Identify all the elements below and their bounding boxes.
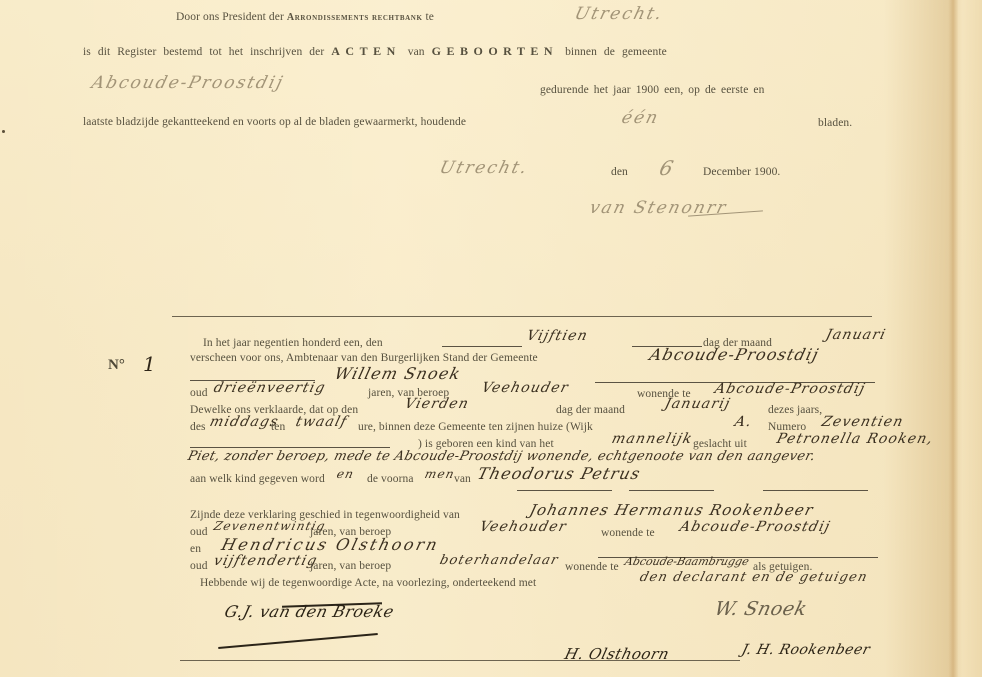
handwritten-sex: mannelijk — [610, 431, 695, 447]
section-divider-bottom — [180, 660, 740, 661]
handwritten-date-place: Utrecht. — [438, 158, 531, 178]
act-line1-prefix: In het jaar negentien honderd een, den — [203, 337, 383, 349]
margin-mark — [2, 130, 5, 133]
act-line6-mid: ure, binnen deze Gemeente ten zijnen hui… — [358, 421, 593, 433]
header-line-3: gedurende het jaar 1900 een, op de eerst… — [540, 84, 764, 96]
handwritten-date-day: 6 — [657, 156, 678, 180]
declarant-signature: W. Snoek — [712, 598, 809, 620]
handwritten-hour: twaalf — [294, 414, 349, 430]
header-line2-prefix: is dit Register bestemd tot het inschrij… — [83, 46, 324, 58]
witness1-signature: J. H. Rookenbeer — [740, 642, 872, 658]
witness1-wonende: wonende te — [601, 527, 655, 539]
handwritten-court-place: Utrecht. — [573, 4, 666, 24]
act-line6-ten: ten — [271, 421, 285, 433]
fill-line — [763, 490, 868, 491]
header-line1-prefix: Door ons President der — [176, 11, 284, 23]
act-line9-van: van — [454, 473, 471, 485]
witness2-mid: jaren, van beroep — [310, 560, 391, 572]
act-line4-oud: oud — [190, 387, 208, 399]
fill-line — [629, 490, 714, 491]
handwritten-mother: Petronella Rooken, — [775, 431, 935, 447]
handwritten-day: Vijftien — [525, 328, 590, 344]
act-number-value: 1 — [143, 352, 156, 376]
act-line5-suffix: dezes jaars, — [768, 404, 822, 416]
handwritten-men: men — [423, 467, 456, 481]
handwritten-witness2-name: Hendricus Olsthoorn — [220, 535, 442, 554]
page-fold-shadow — [948, 0, 958, 677]
acten-label: ACTEN — [331, 44, 401, 58]
act-line2-prefix: verscheen voor ons, Ambtenaar van den Bu… — [190, 352, 538, 364]
fill-line — [517, 490, 612, 491]
handwritten-witness2-occupation: boterhandelaar — [438, 553, 560, 568]
handwritten-residence: Abcoude-Proostdij — [713, 381, 867, 397]
handwritten-leaf-count: één — [620, 108, 662, 128]
act-line9-prefix: aan welk kind gegeven word — [190, 473, 325, 485]
signature-underline — [218, 633, 378, 649]
handwritten-witness1-residence: Abcoude-Proostdij — [678, 519, 832, 535]
header-line1-to: te — [425, 11, 434, 23]
handwritten-month: Januari — [824, 327, 888, 343]
handwritten-mother-details: Piet, zonder beroep, mede te Abcoude-Pro… — [186, 449, 817, 464]
act-line6-des: des — [190, 421, 206, 433]
header-line2-van: van — [408, 46, 425, 58]
witness2-oud: oud — [190, 560, 208, 572]
header-line4-suffix: bladen. — [818, 117, 852, 129]
witness2-en: en — [190, 543, 201, 555]
fill-line — [442, 346, 522, 347]
witness1-oud: oud — [190, 526, 208, 538]
handwritten-time-of-day: middags — [208, 414, 281, 430]
handwritten-child-names: Theodorus Petrus — [476, 464, 643, 483]
handwritten-declarant: Willem Snoek — [333, 364, 463, 383]
birth-register-page: Door ons President der Arrondissements r… — [0, 0, 982, 677]
handwritten-wijk: A. — [733, 414, 754, 430]
handwritten-declarant-age: drieënveertig — [212, 380, 328, 396]
handwritten-municipality: Abcoude-Proostdij — [90, 73, 287, 93]
handwritten-birth-month: Januarij — [663, 396, 732, 412]
header-line-4: laatste bladzijde gekantteekend en voort… — [83, 116, 466, 128]
handwritten-witness2-residence: Abcoude-Baambrugge — [623, 555, 750, 568]
header-line-1: Door ons President der Arrondissements r… — [176, 11, 434, 23]
header-line-2: is dit Register bestemd tot het inschrij… — [83, 44, 667, 59]
date-den: den — [611, 166, 628, 178]
act-number-label: N° — [108, 357, 125, 374]
handwritten-witness1-occupation: Veehouder — [478, 519, 569, 535]
closing-prefix: Hebbende wij de tegenwoordige Acte, na v… — [200, 577, 536, 589]
date-month-year: December 1900. — [703, 166, 780, 178]
handwritten-municipality-act: Abcoude-Proostdij — [648, 345, 822, 364]
handwritten-closing: den declarant en de getuigen — [638, 570, 869, 585]
court-name: Arrondissements rechtbank — [287, 12, 423, 23]
act-line9-mid: de voorna — [367, 473, 414, 485]
geboorten-label: GEBOORTEN — [432, 44, 558, 58]
header-line2-suffix: binnen de gemeente — [565, 46, 667, 58]
handwritten-witness1-name: Johannes Hermanus Rookenbeer — [528, 501, 816, 519]
fill-line — [190, 447, 390, 448]
act-line5-mid: dag der maand — [556, 404, 625, 416]
handwritten-occupation: Veehouder — [480, 380, 571, 396]
witness2-wonende: wonende te — [565, 561, 619, 573]
handwritten-witness2-age: vijftendertig — [212, 553, 319, 569]
handwritten-birth-day: Vierden — [403, 396, 471, 412]
handwritten-en: en — [335, 467, 356, 481]
handwritten-house-number: Zeventien — [820, 414, 905, 430]
section-divider — [172, 316, 872, 317]
